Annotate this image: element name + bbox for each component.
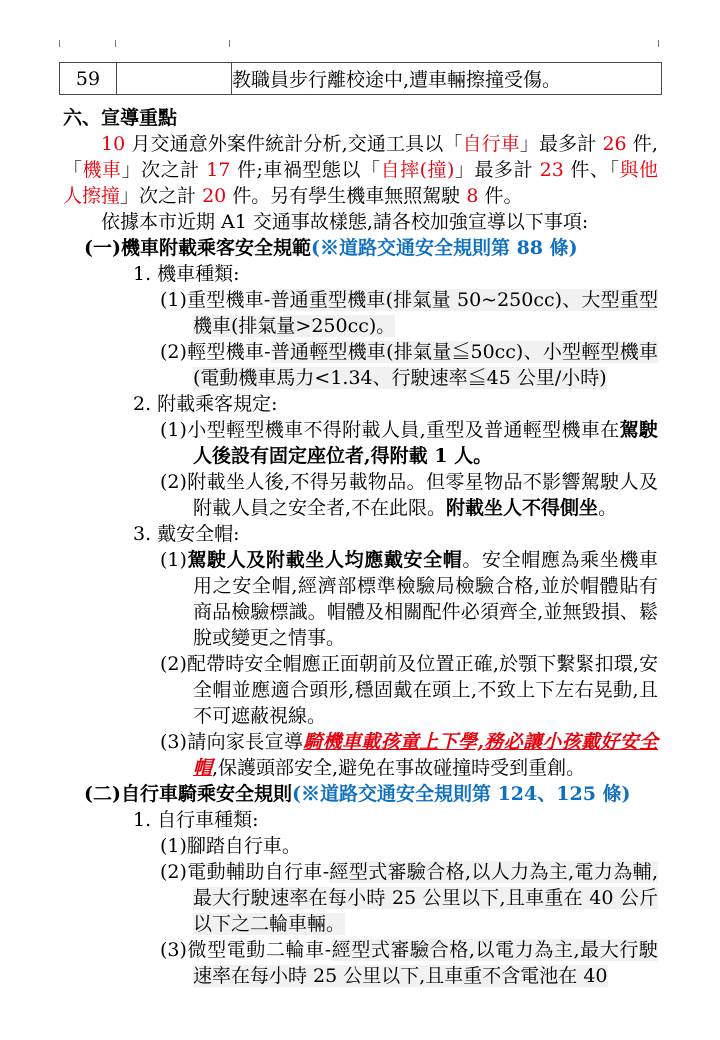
styled-text-segment: 附載坐人不得側坐 [446, 497, 598, 519]
item-3-2: (2)配帶時安全帽應正面朝前及位置正確,於顎下繫緊扣環,安全帽並應適合頭形,穩固… [63, 651, 658, 729]
text-segment: 1. 自行車種類: [133, 809, 259, 831]
text-segment: ,保護頭部安全,避免在事故碰撞時受到重創。 [212, 757, 585, 779]
item-b1-1: (1)腳踏自行車。 [63, 833, 658, 859]
text-segment: (1)腳踏自行車。 [160, 835, 301, 857]
description-cell: 教職員步行離校途中,遭車輛擦撞受傷。 [232, 63, 662, 95]
row-number-cell: 59 [60, 63, 117, 95]
table-border-stub [229, 40, 230, 47]
table-border-stub [658, 40, 659, 47]
styled-text-segment: 六、宣導重點 [63, 107, 177, 129]
text-segment: 月交通意外案件統計分析,交通工具以「 [125, 133, 462, 155]
text-segment: (2)配帶時安全帽應正面朝前及位置正確,於顎下繫緊扣環,安全帽並應適合頭形,穩固… [160, 653, 658, 727]
styled-text-segment: 自摔(撞) [381, 159, 455, 181]
styled-text-segment: 駕駛人及附載坐人均應戴安全帽 [187, 549, 462, 571]
text-segment: 」最多計 [454, 159, 539, 181]
item-2-2: (2)附載坐人後,不得另載物品。但零星物品不影響駕駛人及附載人員之安全者,不在此… [63, 469, 658, 521]
styled-text-segment: 26 [602, 133, 626, 155]
text-segment: 1. 機車種類: [133, 263, 240, 285]
text-segment: 2. 附載乘客規定: [133, 393, 278, 415]
text-segment: (1) [160, 549, 187, 571]
document-body: 六、宣導重點10 月交通意外案件統計分析,交通工具以「自行車」最多計 26 件,… [63, 105, 658, 989]
subsection-1-heading: (一)機車附載乘客安全規範(※道路交通安全規則第 88 條) [63, 235, 658, 261]
styled-text-segment: 17 [206, 159, 230, 181]
styled-text-segment: (※道路交通安全規則第 88 條) [311, 237, 578, 259]
text-segment: 件、「 [564, 159, 620, 181]
text-segment: 依據本市近期 A1 交通事故樣態,請各校加強宣導以下事項: [101, 211, 588, 233]
item-2-1: (1)小型輕型機車不得附載人員,重型及普通輕型機車在駕駛人後設有固定座位者,得附… [63, 417, 658, 469]
school-cell [117, 63, 232, 95]
item-3-helmet: 3. 戴安全帽: [63, 521, 658, 547]
styled-text-segment: (※道路交通安全規則第 124、125 條) [292, 783, 631, 805]
styled-text-segment: 10 [101, 133, 125, 155]
table-border-stub [59, 40, 60, 47]
text-segment: (2)輕型機車- [160, 341, 271, 363]
styled-text-segment: 機車 [83, 159, 122, 181]
text-segment: 件。另有學生機車無照駕駛 [226, 185, 466, 207]
item-1-2: (2)輕型機車-普通輕型機車(排氣量≦50cc)、小型輕型機車(電動機車馬力<1… [63, 339, 658, 391]
item-2-passenger-rules: 2. 附載乘客規定: [63, 391, 658, 417]
subsection-2-heading: (二)自行車騎乘安全規則(※道路交通安全規則第 124、125 條) [63, 781, 658, 807]
item-3-1: (1)駕駛人及附載坐人均應戴安全帽。安全帽應為乘坐機車用之安全帽,經濟部標準檢驗… [63, 547, 658, 651]
text-segment: 。 [598, 497, 617, 519]
text-segment: (1)小型輕型機車不得附載人員,重型及普通輕型機車在 [160, 419, 620, 441]
text-segment: (3)請向家長宣導 [160, 731, 303, 753]
text-segment: (3)微型電動二輪車- [160, 939, 331, 961]
item-b1-3: (3)微型電動二輪車-經型式審驗合格,以電力為主,最大行駛速率在每小時 25 公… [63, 937, 658, 989]
table-continuation-stub [59, 40, 659, 47]
text-segment: (1)重型機車- [160, 289, 270, 311]
text-segment: 件;車禍型態以「 [230, 159, 380, 181]
styled-text-segment: 自行車 [462, 133, 519, 155]
item-b1-bicycle-types: 1. 自行車種類: [63, 807, 658, 833]
styled-text-segment: 8 [466, 185, 478, 207]
document-page: 59 教職員步行離校途中,遭車輛擦撞受傷。 六、宣導重點10 月交通意外案件統計… [0, 0, 720, 1040]
text-segment: 」最多計 [520, 133, 603, 155]
stats-paragraph: 10 月交通意外案件統計分析,交通工具以「自行車」最多計 26 件,「機車」次之… [63, 131, 658, 209]
advisory-paragraph: 依據本市近期 A1 交通事故樣態,請各校加強宣導以下事項: [63, 209, 658, 235]
styled-text-segment: (二)自行車騎乘安全規則 [84, 783, 292, 805]
styled-text-segment: 23 [540, 159, 564, 181]
text-segment: (2)電動輔助自行車- [160, 861, 329, 883]
section-6-heading: 六、宣導重點 [63, 105, 658, 131]
incident-table: 59 教職員步行離校途中,遭車輛擦撞受傷。 [59, 62, 662, 95]
table-border-stub [115, 40, 116, 47]
item-3-3: (3)請向家長宣導騎機車載孩童上下學,務必讓小孩戴好安全帽,保護頭部安全,避免在… [63, 729, 658, 781]
item-b1-2: (2)電動輔助自行車-經型式審驗合格,以人力為主,電力為輔,最大行駛速率在每小時… [63, 859, 658, 937]
text-segment: 件。 [478, 185, 522, 207]
text-segment: 」次之計 [120, 185, 202, 207]
table-row: 59 教職員步行離校途中,遭車輛擦撞受傷。 [60, 63, 662, 95]
item-1-1: (1)重型機車-普通重型機車(排氣量 50~250cc)、大型重型機車(排氣量>… [63, 287, 658, 339]
styled-text-segment: (一)機車附載乘客安全規範 [84, 237, 311, 259]
text-segment: 3. 戴安全帽: [133, 523, 240, 545]
item-1-motorcycle-types: 1. 機車種類: [63, 261, 658, 287]
text-segment: 」次之計 [122, 159, 207, 181]
styled-text-segment: 20 [202, 185, 226, 207]
